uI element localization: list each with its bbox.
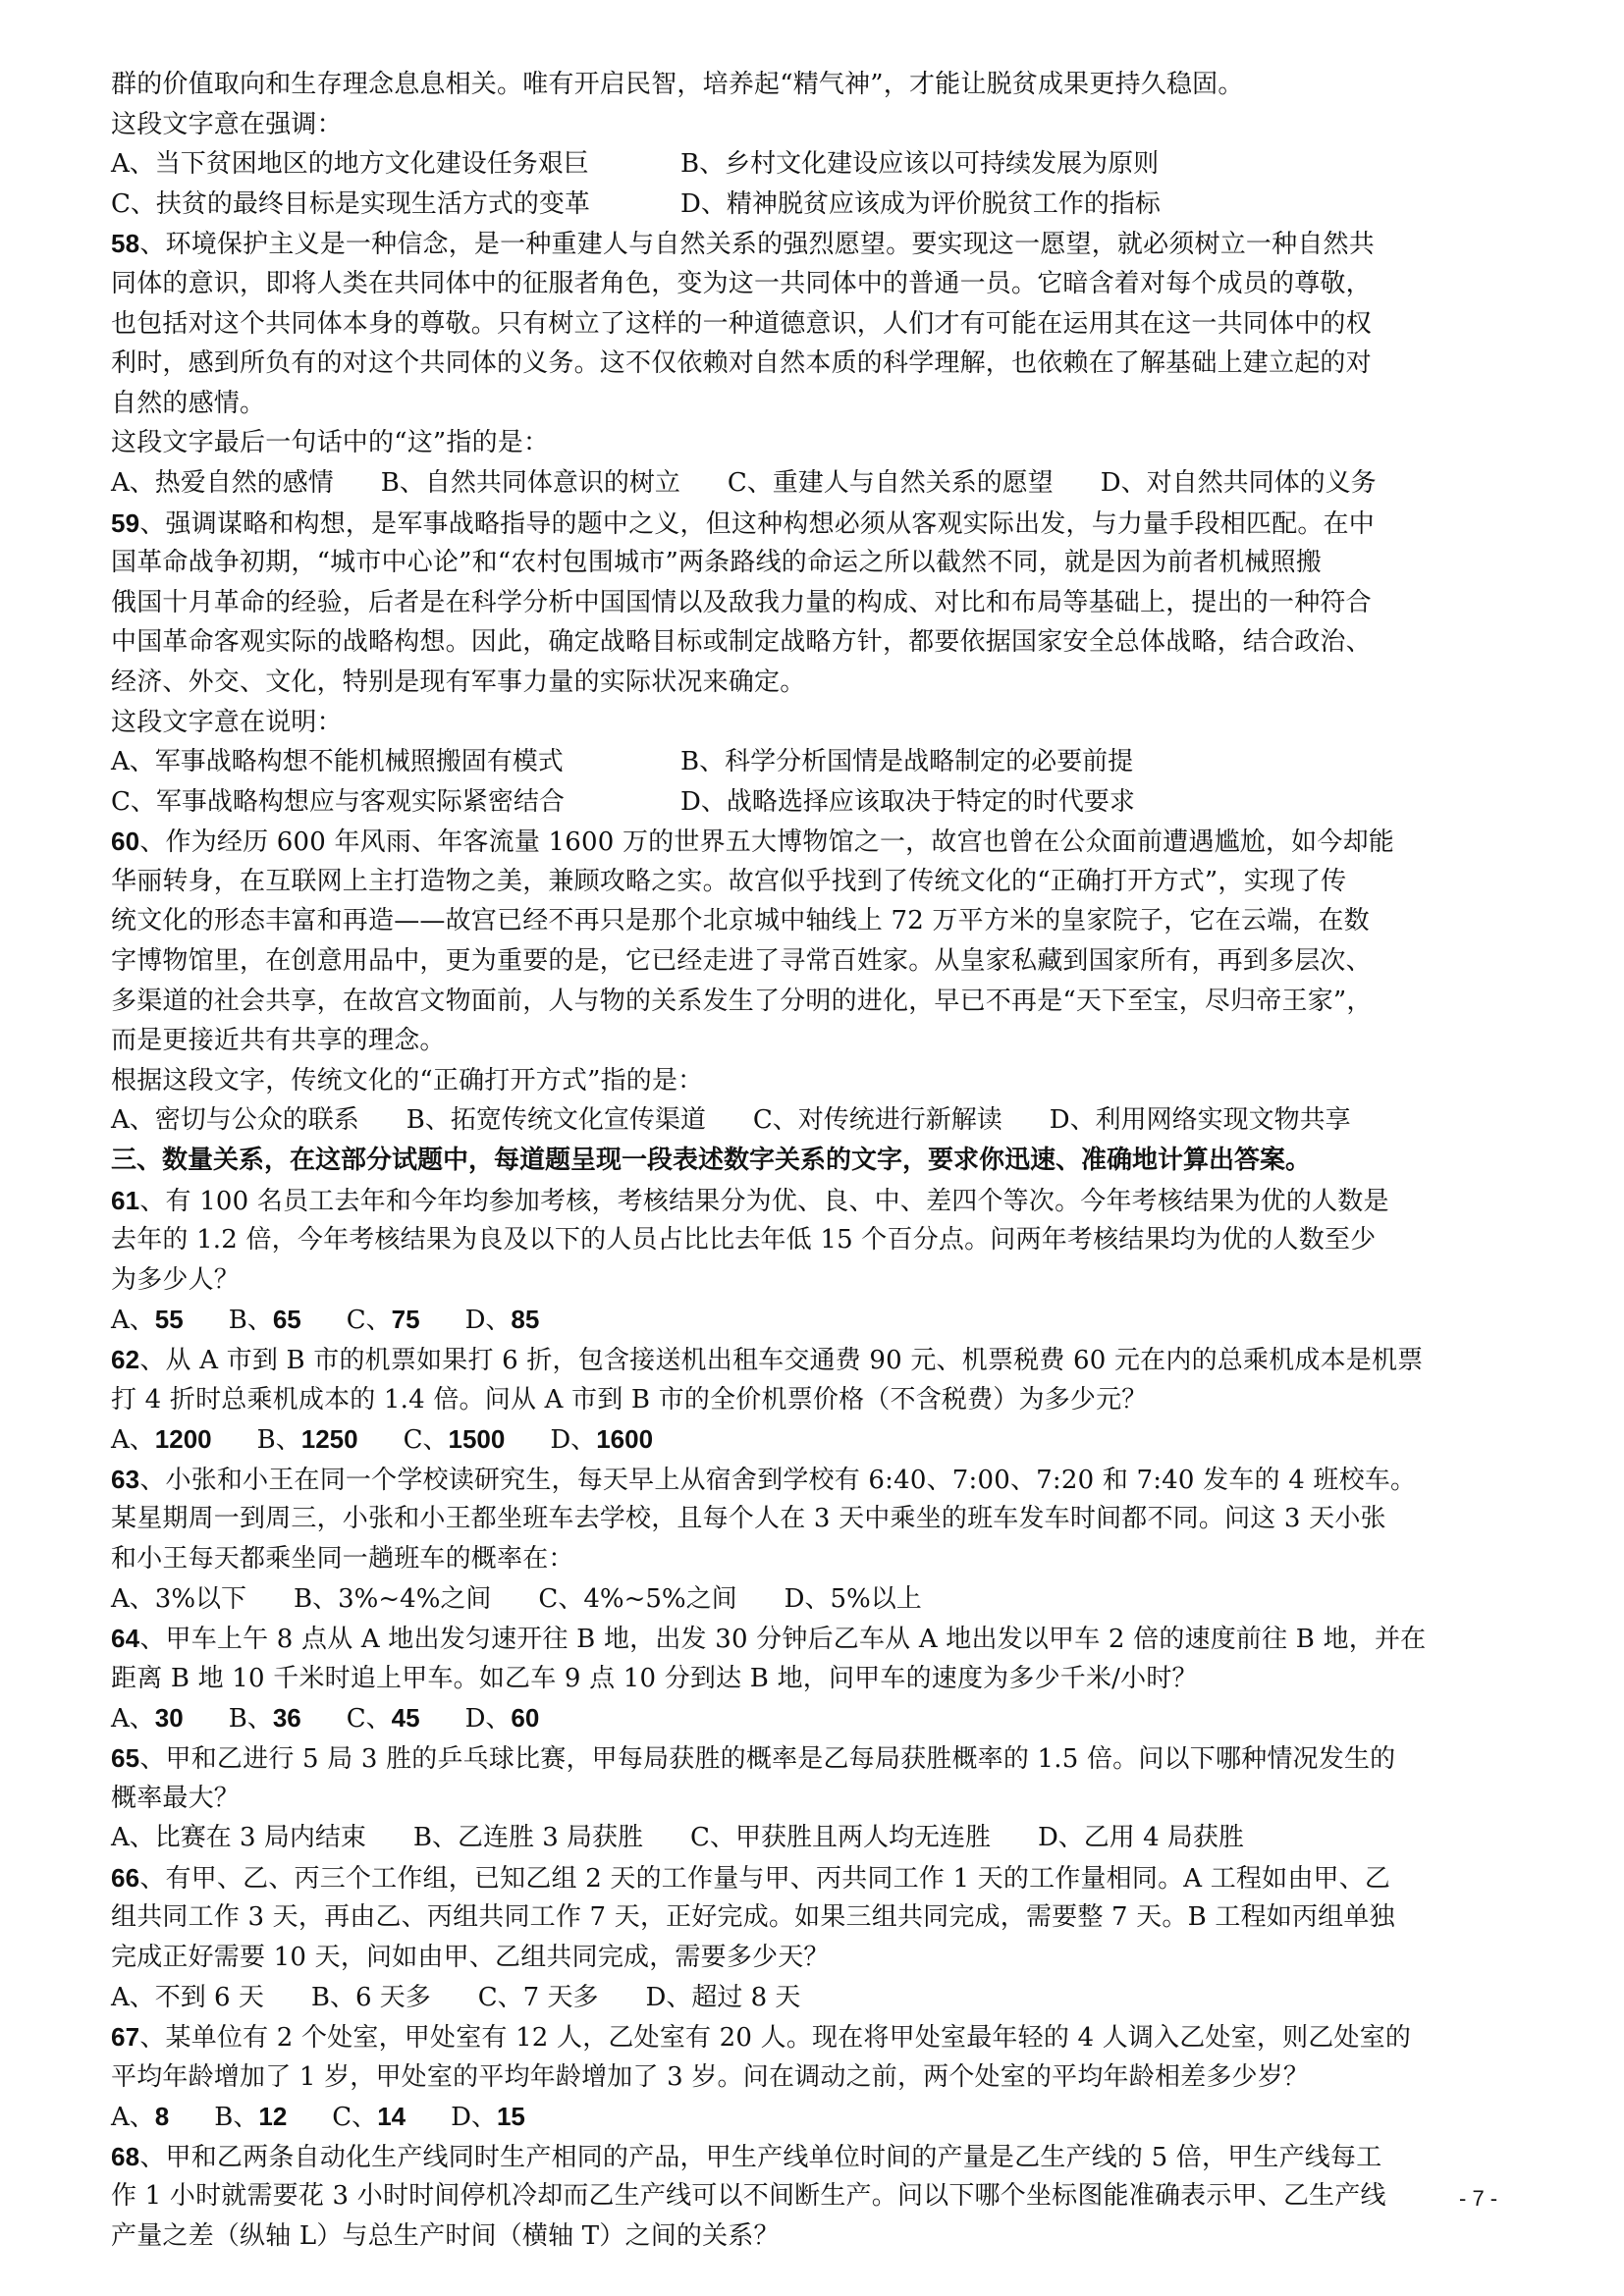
passage-line: 华丽转身，在互联网上主打造物之美，兼顾攻略之实。故宫似乎找到了传统文化的“正确打… [111,862,1522,902]
option-c: C、14 [332,2097,406,2137]
passage-line: 打 4 折时总乘机成本的 1.4 倍。问从 A 市到 B 市的全价机票价格（不含… [111,1380,1522,1420]
question-prompt: 根据这段文字，传统文化的“正确打开方式”指的是： [111,1061,1522,1101]
question-number: 59 [111,508,139,538]
option-b: B、乡村文化建设应该以可持续发展为原则 [680,144,1159,185]
passage-line: 某星期周一到周三，小张和小王都坐班车去学校，且每个人在 3 天中乘坐的班车发车时… [111,1499,1522,1539]
passage-line: 、某单位有 2 个处室，甲处室有 12 人，乙处室有 20 人。现在将甲处室最年… [139,2023,1411,2053]
question-57-continuation: 群的价值取向和生存理念息息相关。唯有开启民智，培养起“精气神”，才能让脱贫成果更… [111,65,1522,224]
question-67: 67、某单位有 2 个处室，甲处室有 12 人，乙处室有 20 人。现在将甲处室… [111,2017,1522,2137]
passage-line: 、甲车上午 8 点从 A 地出发匀速开往 B 地，出发 30 分钟后乙车从 A … [139,1625,1426,1654]
passage-line: 经济、外交、文化，特别是现有军事力量的实际状况来确定。 [111,663,1522,703]
passage-line: 、强调谋略和构想，是军事战略指导的题中之义，但这种构想必须从客观实际出发，与力量… [139,509,1375,539]
option-a: A、55 [111,1300,184,1340]
option-a: A、不到 6 天 [111,1978,264,2018]
option-c: C、1500 [404,1419,506,1460]
question-66: 66、有甲、乙、丙三个工作组，已知乙组 2 天的工作量与甲、丙共同工作 1 天的… [111,1858,1522,2017]
option-c: C、4%~5%之间 [538,1579,736,1620]
option-a: A、8 [111,2097,169,2137]
options-row: A、1200 B、1250 C、1500 D、1600 [111,1419,1522,1460]
passage-line: 组共同工作 3 天，再由乙、丙组共同工作 7 天，正好完成。如果三组共同完成，需… [111,1897,1522,1938]
passage-line: 自然的感情。 [111,384,1522,424]
option-a: A、军事战略构想不能机械照搬固有模式 [111,742,680,782]
options-row: A、热爱自然的感情 B、自然共同体意识的树立 C、重建人与自然关系的愿望 D、对… [111,463,1522,504]
option-b: B、自然共同体意识的树立 [381,463,680,504]
passage-line: 统文化的形态丰富和再造——故宫已经不再只是那个北京城中轴线上 72 万平方米的皇… [111,901,1522,941]
passage-line: 、小张和小王在同一个学校读研究生，每天早上从宿舍到学校有 6:40、7:00、7… [139,1466,1416,1495]
passage-line: 、甲和乙两条自动化生产线同时生产相同的产品，甲生产线单位时间的产量是乙生产线的 … [139,2143,1381,2172]
question-60: 60、作为经历 600 年风雨、年客流量 1600 万的世界五大博物馆之一，故宫… [111,822,1522,1141]
option-b: B、乙连胜 3 局获胜 [413,1818,643,1858]
passage-line: 、甲和乙进行 5 局 3 胜的乒乓球比赛，甲每局获胜的概率是乙每局获胜概率的 1… [139,1744,1395,1774]
passage-line: 、作为经历 600 年风雨、年客流量 1600 万的世界五大博物馆之一，故宫也曾… [139,828,1394,857]
option-a: A、密切与公众的联系 [111,1100,359,1141]
passage-line: 、有 100 名员工去年和今年均参加考核，考核结果分为优、良、中、差四个等次。今… [139,1187,1388,1216]
options-row: C、扶贫的最终目标是实现生活方式的变革 D、精神脱贫应该成为评价脱贫工作的指标 [111,185,1522,225]
question-prompt: 这段文字最后一句话中的“这”指的是： [111,423,1522,463]
question-number: 65 [111,1743,139,1773]
section-heading: 三、数量关系，在这部分试题中，每道题呈现一段表述数字关系的文字，要求你迅速、准确… [111,1141,1522,1181]
options-row: A、30 B、36 C、45 D、60 [111,1698,1522,1738]
option-d: D、60 [465,1698,540,1738]
option-c: C、对传统进行新解读 [753,1100,1002,1141]
question-59: 59、强调谋略和构想，是军事战略指导的题中之义，但这种构想必须从客观实际出发，与… [111,504,1522,823]
question-65: 65、甲和乙进行 5 局 3 胜的乒乓球比赛，甲每局获胜的概率是乙每局获胜概率的… [111,1738,1522,1858]
question-68: 68、甲和乙两条自动化生产线同时生产相同的产品，甲生产线单位时间的产量是乙生产线… [111,2137,1522,2257]
question-number: 61 [111,1186,139,1215]
option-d: D、85 [465,1300,540,1340]
option-b: B、1250 [257,1419,358,1460]
passage-line: 和小王每天都乘坐同一趟班车的概率在： [111,1539,1522,1579]
option-a: A、当下贫困地区的地方文化建设任务艰巨 [111,144,680,185]
passage-line: 完成正好需要 10 天，问如由甲、乙组共同完成，需要多少天？ [111,1938,1522,1978]
option-b: B、12 [214,2097,287,2137]
question-63: 63、小张和小王在同一个学校读研究生，每天早上从宿舍到学校有 6:40、7:00… [111,1460,1522,1619]
options-row: A、密切与公众的联系 B、拓宽传统文化宣传渠道 C、对传统进行新解读 D、利用网… [111,1100,1522,1141]
passage-line: 、环境保护主义是一种信念，是一种重建人与自然关系的强烈愿望。要实现这一愿望，就必… [139,230,1375,259]
question-prompt: 这段文字意在说明： [111,703,1522,743]
question-number: 58 [111,229,139,258]
options-row: A、比赛在 3 局内结束 B、乙连胜 3 局获胜 C、甲获胜且两人均无连胜 D、… [111,1818,1522,1858]
option-a: A、热爱自然的感情 [111,463,334,504]
passage-line: 、从 A 市到 B 市的机票如果打 6 折，包含接送机出租车交通费 90 元、机… [139,1346,1423,1375]
option-d: D、精神脱贫应该成为评价脱贫工作的指标 [680,185,1161,225]
page-number: - 7 - [1459,2186,1497,2212]
option-d: D、5%以上 [785,1579,922,1620]
option-b: B、拓宽传统文化宣传渠道 [406,1100,706,1141]
option-d: D、利用网络实现文物共享 [1050,1100,1351,1141]
option-b: B、科学分析国情是战略制定的必要前提 [680,742,1133,782]
option-c: C、甲获胜且两人均无连胜 [690,1818,991,1858]
question-number: 64 [111,1624,139,1653]
question-number: 66 [111,1863,139,1893]
option-a: A、30 [111,1698,184,1738]
option-c: C、扶贫的最终目标是实现生活方式的变革 [111,185,680,225]
passage-line: 产量之差（纵轴 L）与总生产时间（横轴 T）之间的关系？ [111,2216,1522,2257]
passage-line: 中国革命客观实际的战略构想。因此，确定战略目标或制定战略方针，都要依据国家安全总… [111,622,1522,663]
question-61: 61、有 100 名员工去年和今年均参加考核，考核结果分为优、良、中、差四个等次… [111,1181,1522,1340]
passage-line: 字博物馆里，在创意用品中，更为重要的是，它已经走进了寻常百姓家。从皇家私藏到国家… [111,941,1522,982]
options-row: A、55 B、65 C、75 D、85 [111,1300,1522,1340]
passage-line: 多渠道的社会共享，在故宫文物面前，人与物的关系发生了分明的进化，早已不再是“天下… [111,982,1522,1022]
question-number: 62 [111,1345,139,1374]
passage-line: 同体的意识，即将人类在共同体中的征服者角色，变为这一共同体中的普通一员。它暗含着… [111,264,1522,304]
question-number: 60 [111,827,139,856]
passage-line: 俄国十月革命的经验，后者是在科学分析中国国情以及敌我力量的构成、对比和布局等基础… [111,583,1522,623]
passage-line: 为多少人？ [111,1260,1522,1301]
option-c: C、45 [347,1698,420,1738]
option-d: D、1600 [550,1419,653,1460]
options-row: C、军事战略构想应与客观实际紧密结合 D、战略选择应该取决于特定的时代要求 [111,782,1522,823]
options-row: A、8 B、12 C、14 D、15 [111,2097,1522,2137]
option-b: B、6 天多 [311,1978,431,2018]
question-64: 64、甲车上午 8 点从 A 地出发匀速开往 B 地，出发 30 分钟后乙车从 … [111,1619,1522,1738]
option-d: D、对自然共同体的义务 [1101,463,1377,504]
document-page: 群的价值取向和生存理念息息相关。唯有开启民智，培养起“精气神”，才能让脱贫成果更… [111,65,1522,2257]
passage-line: 去年的 1.2 倍，今年考核结果为良及以下的人员占比比去年低 15 个百分点。问… [111,1220,1522,1260]
passage-line: 而是更接近共有共享的理念。 [111,1021,1522,1061]
option-d: D、超过 8 天 [645,1978,800,2018]
option-c: C、7 天多 [478,1978,599,2018]
options-row: A、军事战略构想不能机械照搬固有模式 B、科学分析国情是战略制定的必要前提 [111,742,1522,782]
passage-line: 国革命战争初期，“城市中心论”和“农村包围城市”两条路线的命运之所以截然不同，就… [111,543,1522,583]
question-number: 68 [111,2142,139,2171]
option-b: B、65 [229,1300,301,1340]
option-b: B、3%~4%之间 [294,1579,491,1620]
options-row: A、不到 6 天 B、6 天多 C、7 天多 D、超过 8 天 [111,1978,1522,2018]
option-a: A、1200 [111,1419,212,1460]
passage-line: 、有甲、乙、丙三个工作组，已知乙组 2 天的工作量与甲、丙共同工作 1 天的工作… [139,1864,1390,1894]
question-62: 62、从 A 市到 B 市的机票如果打 6 折，包含接送机出租车交通费 90 元… [111,1340,1522,1460]
passage-line: 概率最大？ [111,1779,1522,1819]
passage-line: 平均年龄增加了 1 岁，甲处室的平均年龄增加了 3 岁。问在调动之前，两个处室的… [111,2057,1522,2098]
options-row: A、当下贫困地区的地方文化建设任务艰巨 B、乡村文化建设应该以可持续发展为原则 [111,144,1522,185]
option-d: D、15 [451,2097,525,2137]
option-b: B、36 [229,1698,301,1738]
option-a: A、3%以下 [111,1579,246,1620]
option-c: C、重建人与自然关系的愿望 [728,463,1054,504]
question-58: 58、环境保护主义是一种信念，是一种重建人与自然关系的强烈愿望。要实现这一愿望，… [111,224,1522,503]
options-row: A、3%以下 B、3%~4%之间 C、4%~5%之间 D、5%以上 [111,1579,1522,1620]
option-a: A、比赛在 3 局内结束 [111,1818,366,1858]
question-prompt: 这段文字意在强调： [111,105,1522,145]
question-number: 67 [111,2022,139,2052]
passage-line: 群的价值取向和生存理念息息相关。唯有开启民智，培养起“精气神”，才能让脱贫成果更… [111,65,1522,105]
passage-line: 也包括对这个共同体本身的尊敬。只有树立了这样的一种道德意识，人们才有可能在运用其… [111,304,1522,345]
option-d: D、战略选择应该取决于特定的时代要求 [680,782,1135,823]
option-d: D、乙用 4 局获胜 [1038,1818,1244,1858]
passage-line: 距离 B 地 10 千米时追上甲车。如乙车 9 点 10 分到达 B 地，问甲车… [111,1659,1522,1699]
question-number: 63 [111,1465,139,1494]
option-c: C、75 [347,1300,420,1340]
option-c: C、军事战略构想应与客观实际紧密结合 [111,782,680,823]
passage-line: 作 1 小时就需要花 3 小时时间停机冷却而乙生产线可以不间断生产。问以下哪个坐… [111,2176,1522,2216]
passage-line: 利时，感到所负有的对这个共同体的义务。这不仅依赖对自然本质的科学理解，也依赖在了… [111,344,1522,384]
